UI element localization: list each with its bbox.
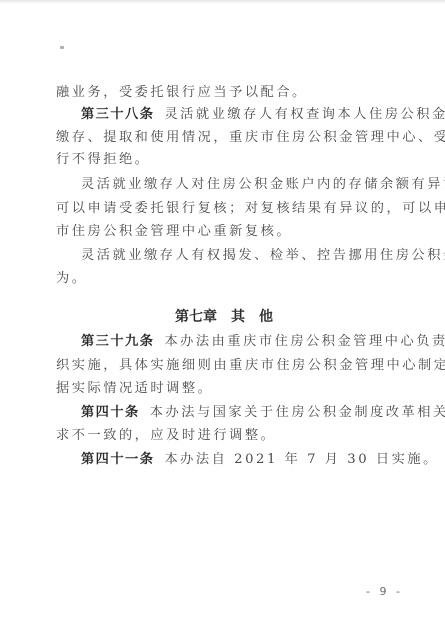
chapter-title: 其 他	[231, 309, 273, 325]
paragraph-line: 据实际情况适时调整。	[56, 380, 392, 398]
article-40-heading: 第四十条	[81, 405, 140, 420]
page-number: - 9 -	[366, 585, 403, 598]
paragraph-line: 求不一致的，应及时进行调整。	[56, 427, 392, 445]
article-39-heading: 第三十九条	[81, 334, 154, 349]
article-38-line-1: 第三十八条灵活就业缴存人有权查询本人住房公积金的	[56, 106, 392, 124]
scan-speck	[60, 46, 64, 49]
paragraph-line: 市住房公积金管理中心重新复核。	[56, 223, 392, 241]
chapter-number: 第七章	[175, 309, 217, 325]
article-text: 本办法自 2021 年 7 月 30 日实施。	[164, 452, 438, 467]
paragraph-line: 为。	[56, 270, 392, 288]
paragraph-line: 灵活就业缴存人有权揭发、检举、控告挪用住房公积金的行	[56, 247, 392, 265]
paragraph-line: 行不得拒绝。	[56, 151, 392, 169]
article-41-line-1: 第四十一条本办法自 2021 年 7 月 30 日实施。	[56, 451, 392, 469]
article-text: 本办法由重庆市住房公积金管理中心负责组	[164, 334, 445, 349]
page-top-edge	[0, 0, 445, 4]
paragraph-line: 灵活就业缴存人对住房公积金账户内的存储余额有异议的，	[56, 176, 392, 194]
article-40-line-1: 第四十条本办法与国家关于住房公积金制度改革相关要	[56, 404, 392, 422]
paragraph-line: 可以申请受委托银行复核；对复核结果有异议的，可以申请重庆	[56, 200, 392, 218]
article-39-line-1: 第三十九条本办法由重庆市住房公积金管理中心负责组	[56, 333, 392, 351]
chapter-heading: 第七章其 他	[56, 307, 392, 327]
article-text: 本办法与国家关于住房公积金制度改革相关要	[150, 405, 445, 420]
article-text: 灵活就业缴存人有权查询本人住房公积金的	[164, 107, 445, 122]
article-38-heading: 第三十八条	[81, 107, 154, 122]
paragraph-line: 缴存、提取和使用情况，重庆市住房公积金管理中心、受委托银	[56, 129, 392, 147]
paragraph-line: 融业务，受委托银行应当予以配合。	[56, 84, 392, 102]
article-41-heading: 第四十一条	[81, 452, 154, 467]
paragraph-line: 织实施，具体实施细则由重庆市住房公积金管理中心制定，并根	[56, 357, 392, 375]
